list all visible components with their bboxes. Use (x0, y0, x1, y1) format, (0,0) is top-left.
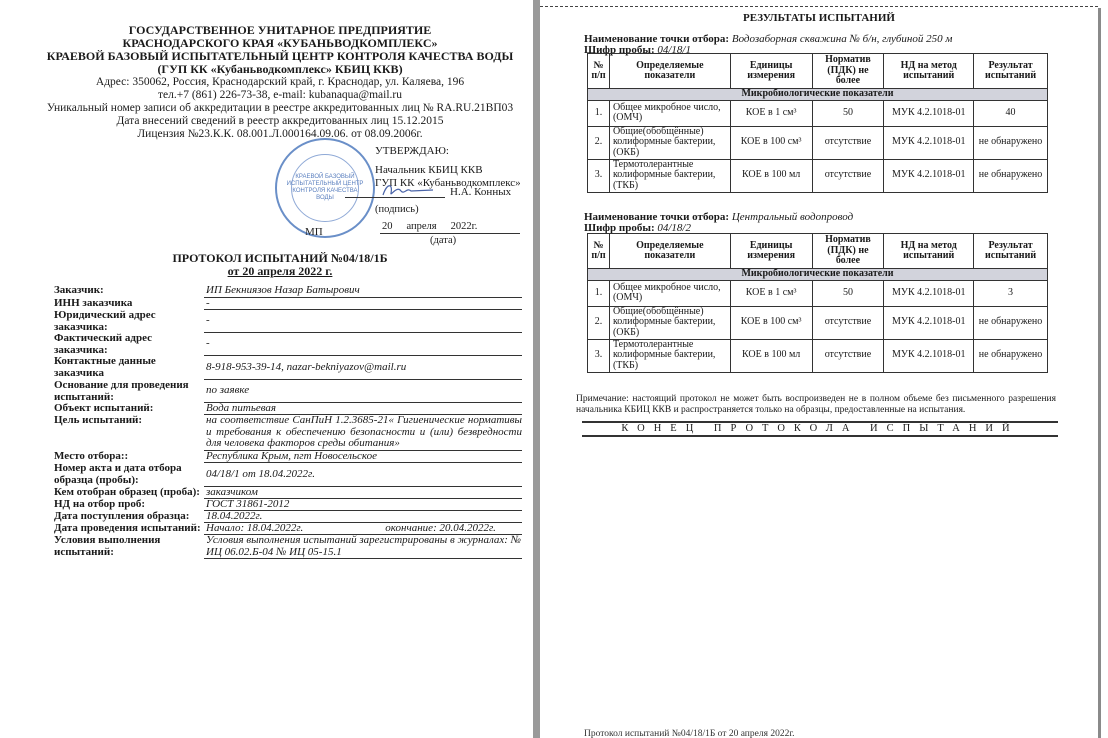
date-month: апреля (407, 220, 437, 233)
field-label: Контактные данные заказчика (54, 356, 204, 380)
column-header-norm: Норматив (ПДК) не более (812, 54, 884, 89)
cell-units: КОЕ в 100 см³ (730, 306, 812, 339)
organization-header: ГОСУДАРСТВЕННОЕ УНИТАРНОЕ ПРЕДПРИЯТИЕ КР… (40, 24, 520, 141)
column-header-method: НД на метод испытаний (884, 54, 974, 89)
protocol-title-block: ПРОТОКОЛ ИСПЫТАНИЙ №04/18/1Б от 20 апрел… (40, 252, 520, 278)
cell-norm: отсутствие (812, 159, 884, 192)
table-row: 1.Общее микробное число, (ОМЧ)КОЕ в 1 см… (588, 100, 1048, 126)
cell-units: КОЕ в 100 см³ (730, 126, 812, 159)
table-row: 2.Общие(обобщённые) колиформные бактерии… (588, 126, 1048, 159)
field-value-text: - (206, 338, 210, 350)
page-divider (533, 0, 540, 738)
sampling-point-value: Центральный водопровод (732, 211, 853, 223)
end-line-bottom (582, 435, 1058, 437)
section-title: Микробиологические показатели (588, 269, 1048, 281)
cell-indicator: Общее микробное число, (ОМЧ) (609, 280, 730, 306)
org-contacts: тел.+7 (861) 226-73-38, e-mail: kubanaqu… (40, 89, 520, 102)
cell-norm: 50 (812, 280, 884, 306)
results-table: № п/пОпределяемые показателиЕдиницы изме… (587, 233, 1048, 373)
cell-method: МУК 4.2.1018-01 (884, 126, 974, 159)
cell-indicator: Термотолерантные колиформные бактерии, (… (609, 339, 730, 372)
column-header-num: № п/п (588, 54, 610, 89)
field-value-text: 8-918-953-39-14, nazar-bekniyazov@mail.r… (206, 362, 406, 374)
column-header-result: Результат испытаний (974, 54, 1048, 89)
cell-indicator: Общее микробное число, (ОМЧ) (609, 100, 730, 126)
cell-num: 3. (588, 339, 610, 372)
table-row: 2.Общие(обобщённые) колиформные бактерии… (588, 306, 1048, 339)
cell-units: КОЕ в 100 мл (730, 339, 812, 372)
cell-method: МУК 4.2.1018-01 (884, 159, 974, 192)
field-row: Номер акта и дата отбора образца (пробы)… (54, 463, 522, 487)
org-license: Лицензия №23.К.К. 08.001.Л.000164.09.06.… (40, 128, 520, 141)
org-registry-date: Дата внесений сведений в реестр аккредит… (40, 115, 520, 128)
signature-line (345, 197, 445, 198)
protocol-page-2: РЕЗУЛЬТАТЫ ИСПЫТАНИЙ Наименование точки … (540, 0, 1098, 738)
cell-num: 1. (588, 280, 610, 306)
field-row: Юридический адрес заказчика:- (54, 310, 522, 333)
field-value-text: по заявке (206, 385, 249, 397)
field-value-text: Республика Крым, пгт Новосельское (206, 450, 377, 462)
column-header-indicator: Определяемые показатели (609, 234, 730, 269)
field-label: Фактический адрес заказчика: (54, 333, 204, 356)
cell-result: 40 (974, 100, 1048, 126)
section-row: Микробиологические показатели (588, 89, 1048, 101)
column-header-units: Единицы измерения (730, 234, 812, 269)
field-label: Номер акта и дата отбора образца (пробы)… (54, 463, 204, 487)
cell-num: 2. (588, 306, 610, 339)
table-row: 3.Термотолерантные колиформные бактерии,… (588, 159, 1048, 192)
protocol-note: Примечание: настоящий протокол не может … (576, 394, 1056, 416)
field-row: Цель испытаний:на соответствие СанПиН 1.… (54, 415, 522, 451)
cell-indicator: Общие(обобщённые) колиформные бактерии, … (609, 126, 730, 159)
column-header-units: Единицы измерения (730, 54, 812, 89)
cell-units: КОЕ в 1 см³ (730, 280, 812, 306)
org-line-4: (ГУП КК «Кубаньводкомплекс» КБИЦ ККВ) (40, 63, 520, 76)
field-value-text: - (206, 297, 210, 309)
cell-result: не обнаружено (974, 339, 1048, 372)
date-year: 2022г. (451, 220, 478, 233)
field-label: Условия выполнения испытаний: (54, 535, 204, 559)
cell-indicator: Общие(обобщённые) колиформные бактерии, … (609, 306, 730, 339)
cell-num: 1. (588, 100, 610, 126)
field-value-text: Условия выполнения испытаний зарегистрир… (206, 534, 521, 558)
field-row: Фактический адрес заказчика:- (54, 333, 522, 356)
end-of-protocol: КОНЕЦ ПРОТОКОЛА ИСПЫТАНИЙ (582, 421, 1058, 437)
cell-norm: отсутствие (812, 306, 884, 339)
field-value-text: 04/18/1 от 18.04.2022г. (206, 469, 315, 481)
column-header-result: Результат испытаний (974, 234, 1048, 269)
field-value-text: 18.04.2022г. (206, 510, 262, 522)
protocol-page-1: ГОСУДАРСТВЕННОЕ УНИТАРНОЕ ПРЕДПРИЯТИЕ КР… (0, 0, 532, 738)
field-value: - (204, 310, 522, 333)
sampling-point-info: Наименование точки отбора: Центральный в… (584, 212, 853, 234)
cell-result: 3 (974, 280, 1048, 306)
cell-method: МУК 4.2.1018-01 (884, 306, 974, 339)
cell-result: не обнаружено (974, 159, 1048, 192)
cell-indicator: Термотолерантные колиформные бактерии, (… (609, 159, 730, 192)
field-label: Основание для проведения испытаний: (54, 380, 204, 403)
cell-norm: 50 (812, 100, 884, 126)
signer-name: Н.А. Конных (450, 186, 511, 199)
table-row: 1.Общее микробное число, (ОМЧ)КОЕ в 1 см… (588, 280, 1048, 306)
field-value: на соответствие СанПиН 1.2.3685-21« Гиги… (204, 415, 522, 451)
org-address: Адрес: 350062, Россия, Краснодарский кра… (40, 76, 520, 89)
page-top-edge (540, 6, 1098, 7)
end-text: КОНЕЦ ПРОТОКОЛА ИСПЫТАНИЙ (582, 423, 1058, 434)
field-value: - (204, 333, 522, 356)
approval-block: УТВЕРЖДАЮ: Начальник КБИЦ ККВ ГУП КК «Ку… (375, 145, 525, 190)
field-value-text: ГОСТ 31861-2012 (206, 498, 289, 510)
cell-result: не обнаружено (974, 306, 1048, 339)
page-footer: Протокол испытаний №04/18/1Б от 20 апрел… (584, 729, 795, 738)
cell-num: 2. (588, 126, 610, 159)
field-value-text: Вода питьевая (206, 402, 276, 414)
cell-norm: отсутствие (812, 126, 884, 159)
cell-method: МУК 4.2.1018-01 (884, 280, 974, 306)
field-row: Условия выполнения испытаний:Условия вып… (54, 535, 522, 559)
field-label: Цель испытаний: (54, 415, 204, 451)
results-title: РЕЗУЛЬТАТЫ ИСПЫТАНИЙ (540, 12, 1098, 24)
approval-position: Начальник КБИЦ ККВ (375, 164, 525, 177)
field-row: Основание для проведения испытаний:по за… (54, 380, 522, 403)
table-header-row: № п/пОпределяемые показателиЕдиницы изме… (588, 234, 1048, 269)
page-right-edge (1098, 0, 1108, 738)
cell-method: МУК 4.2.1018-01 (884, 339, 974, 372)
field-value: Условия выполнения испытаний зарегистрир… (204, 535, 522, 559)
cell-units: КОЕ в 100 мл (730, 159, 812, 192)
field-value: Республика Крым, пгт Новосельское (204, 451, 522, 463)
cell-num: 3. (588, 159, 610, 192)
edge-bar (1098, 8, 1101, 738)
field-value-text: заказчиком (206, 486, 258, 498)
protocol-date: от 20 апреля 2022 г. (40, 265, 520, 278)
field-label: Юридический адрес заказчика: (54, 310, 204, 333)
table-header-row: № п/пОпределяемые показателиЕдиницы изме… (588, 54, 1048, 89)
field-value-text: ИП Бекниязов Назар Батырович (206, 284, 360, 296)
protocol-fields: Заказчик:ИП Бекниязов Назар БатыровичИНН… (54, 285, 522, 559)
results-table: № п/пОпределяемые показателиЕдиницы изме… (587, 53, 1048, 193)
cell-result: не обнаружено (974, 126, 1048, 159)
field-value: 04/18/1 от 18.04.2022г. (204, 463, 522, 487)
sampling-point-value: Водозаборная скважина № б/н, глубиной 25… (732, 33, 953, 45)
section-title: Микробиологические показатели (588, 89, 1048, 101)
approval-date: 20 апреля 2022г. (380, 220, 520, 234)
section-row: Микробиологические показатели (588, 269, 1048, 281)
field-value-text: Начало: 18.04.2022г. (206, 522, 303, 534)
signature-caption: (подпись) (375, 203, 419, 216)
column-header-norm: Норматив (ПДК) не более (812, 234, 884, 269)
date-day: 20 (382, 220, 393, 233)
field-value-text: - (206, 315, 210, 327)
column-header-method: НД на метод испытаний (884, 234, 974, 269)
cell-units: КОЕ в 1 см³ (730, 100, 812, 126)
official-stamp-icon: КРАЕВОЙ БАЗОВЫЙ ИСПЫТАТЕЛЬНЫЙ ЦЕНТР КОНТ… (275, 138, 375, 238)
field-row: Контактные данные заказчика8-918-953-39-… (54, 356, 522, 380)
table-row: 3.Термотолерантные колиформные бактерии,… (588, 339, 1048, 372)
field-value: по заявке (204, 380, 522, 403)
date-caption: (дата) (430, 234, 456, 247)
field-value: ИП Бекниязов Назар Батырович (204, 285, 522, 298)
field-value: - (204, 298, 522, 310)
field-value: 8-918-953-39-14, nazar-bekniyazov@mail.r… (204, 356, 522, 380)
column-header-num: № п/п (588, 234, 610, 269)
org-accreditation: Уникальный номер записи об аккредитации … (40, 102, 520, 115)
cell-norm: отсутствие (812, 339, 884, 372)
cell-method: МУК 4.2.1018-01 (884, 100, 974, 126)
column-header-indicator: Определяемые показатели (609, 54, 730, 89)
stamp-mp-label: МП (305, 226, 323, 238)
approval-heading: УТВЕРЖДАЮ: (375, 145, 525, 158)
field-value-text: на соответствие СанПиН 1.2.3685-21« Гиги… (206, 414, 522, 449)
field-value-secondary: окончание: 20.04.2022г. (385, 522, 496, 534)
